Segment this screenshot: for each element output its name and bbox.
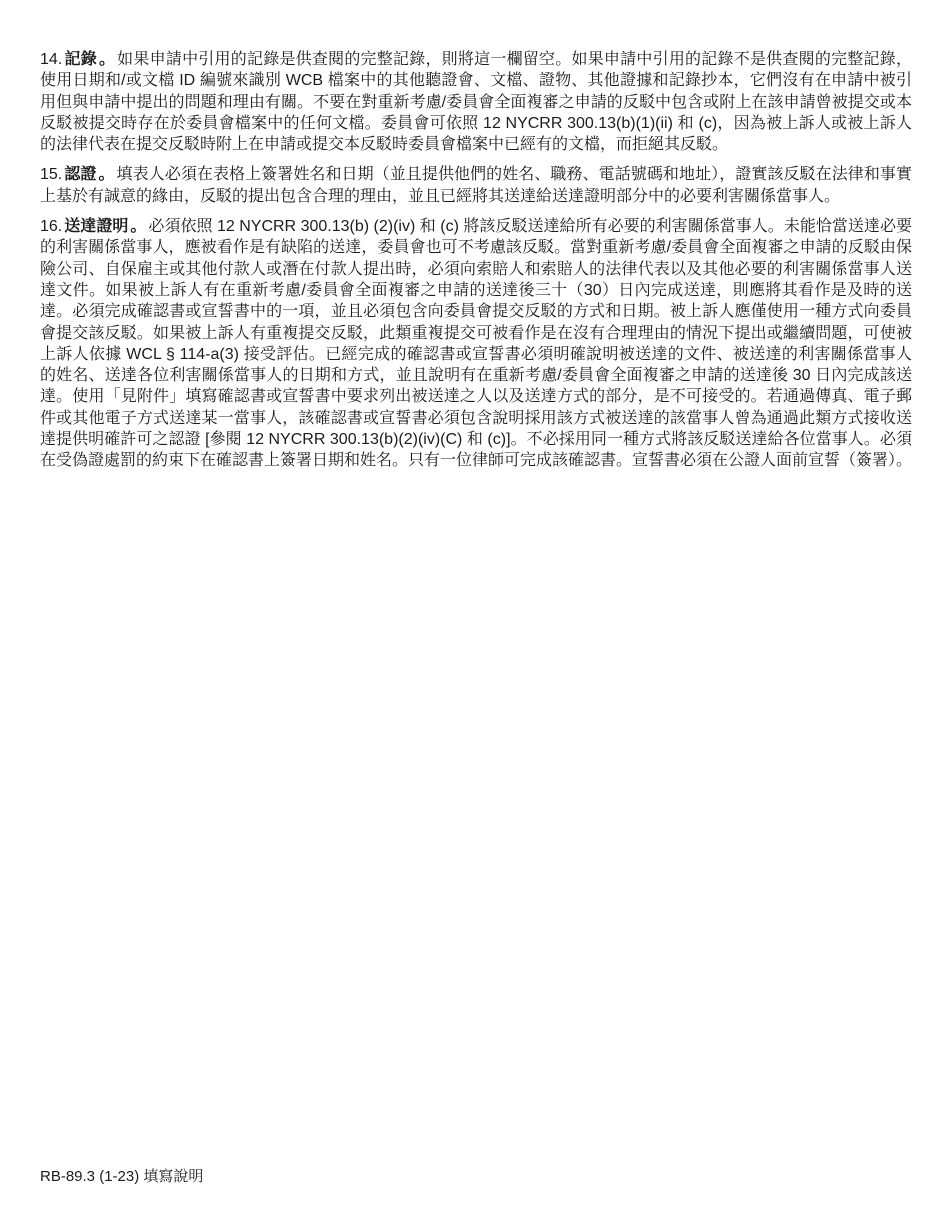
instruction-item-16: 16.送達證明。必須依照 12 NYCRR 300.13(b) (2)(iv) … (40, 216, 912, 472)
instruction-item-15: 15.認證。填表人必須在表格上簽署姓名和日期（並且提供他們的姓名、職務、電話號碼… (40, 164, 912, 207)
item-number: 14. (40, 51, 62, 68)
item-separator: 。 (128, 218, 148, 235)
item-separator: 。 (96, 166, 116, 183)
item-term: 記錄 (64, 51, 97, 68)
item-number: 15. (40, 166, 62, 183)
instruction-item-14: 14.記錄。如果申請中引用的記錄是供查閱的完整記錄，則將這一欄留空。如果申請中引… (40, 49, 912, 155)
form-footer: RB-89.3 (1-23) 填寫說明 (40, 1167, 203, 1186)
item-separator: 。 (97, 51, 117, 68)
item-body: 填表人必須在表格上簽署姓名和日期（並且提供他們的姓名、職務、電話號碼和地址），證… (40, 166, 912, 204)
instructions-text-block: 14.記錄。如果申請中引用的記錄是供查閱的完整記錄，則將這一欄留空。如果申請中引… (40, 49, 912, 481)
item-term: 認證 (64, 166, 96, 183)
document-page: 14.記錄。如果申請中引用的記錄是供查閱的完整記錄，則將這一欄留空。如果申請中引… (0, 0, 950, 1230)
item-body: 必須依照 12 NYCRR 300.13(b) (2)(iv) 和 (c) 將該… (40, 218, 912, 469)
item-body: 如果申請中引用的記錄是供查閱的完整記錄，則將這一欄留空。如果申請中引用的記錄不是… (40, 51, 912, 153)
item-number: 16. (40, 218, 62, 235)
item-term: 送達證明 (64, 218, 128, 235)
